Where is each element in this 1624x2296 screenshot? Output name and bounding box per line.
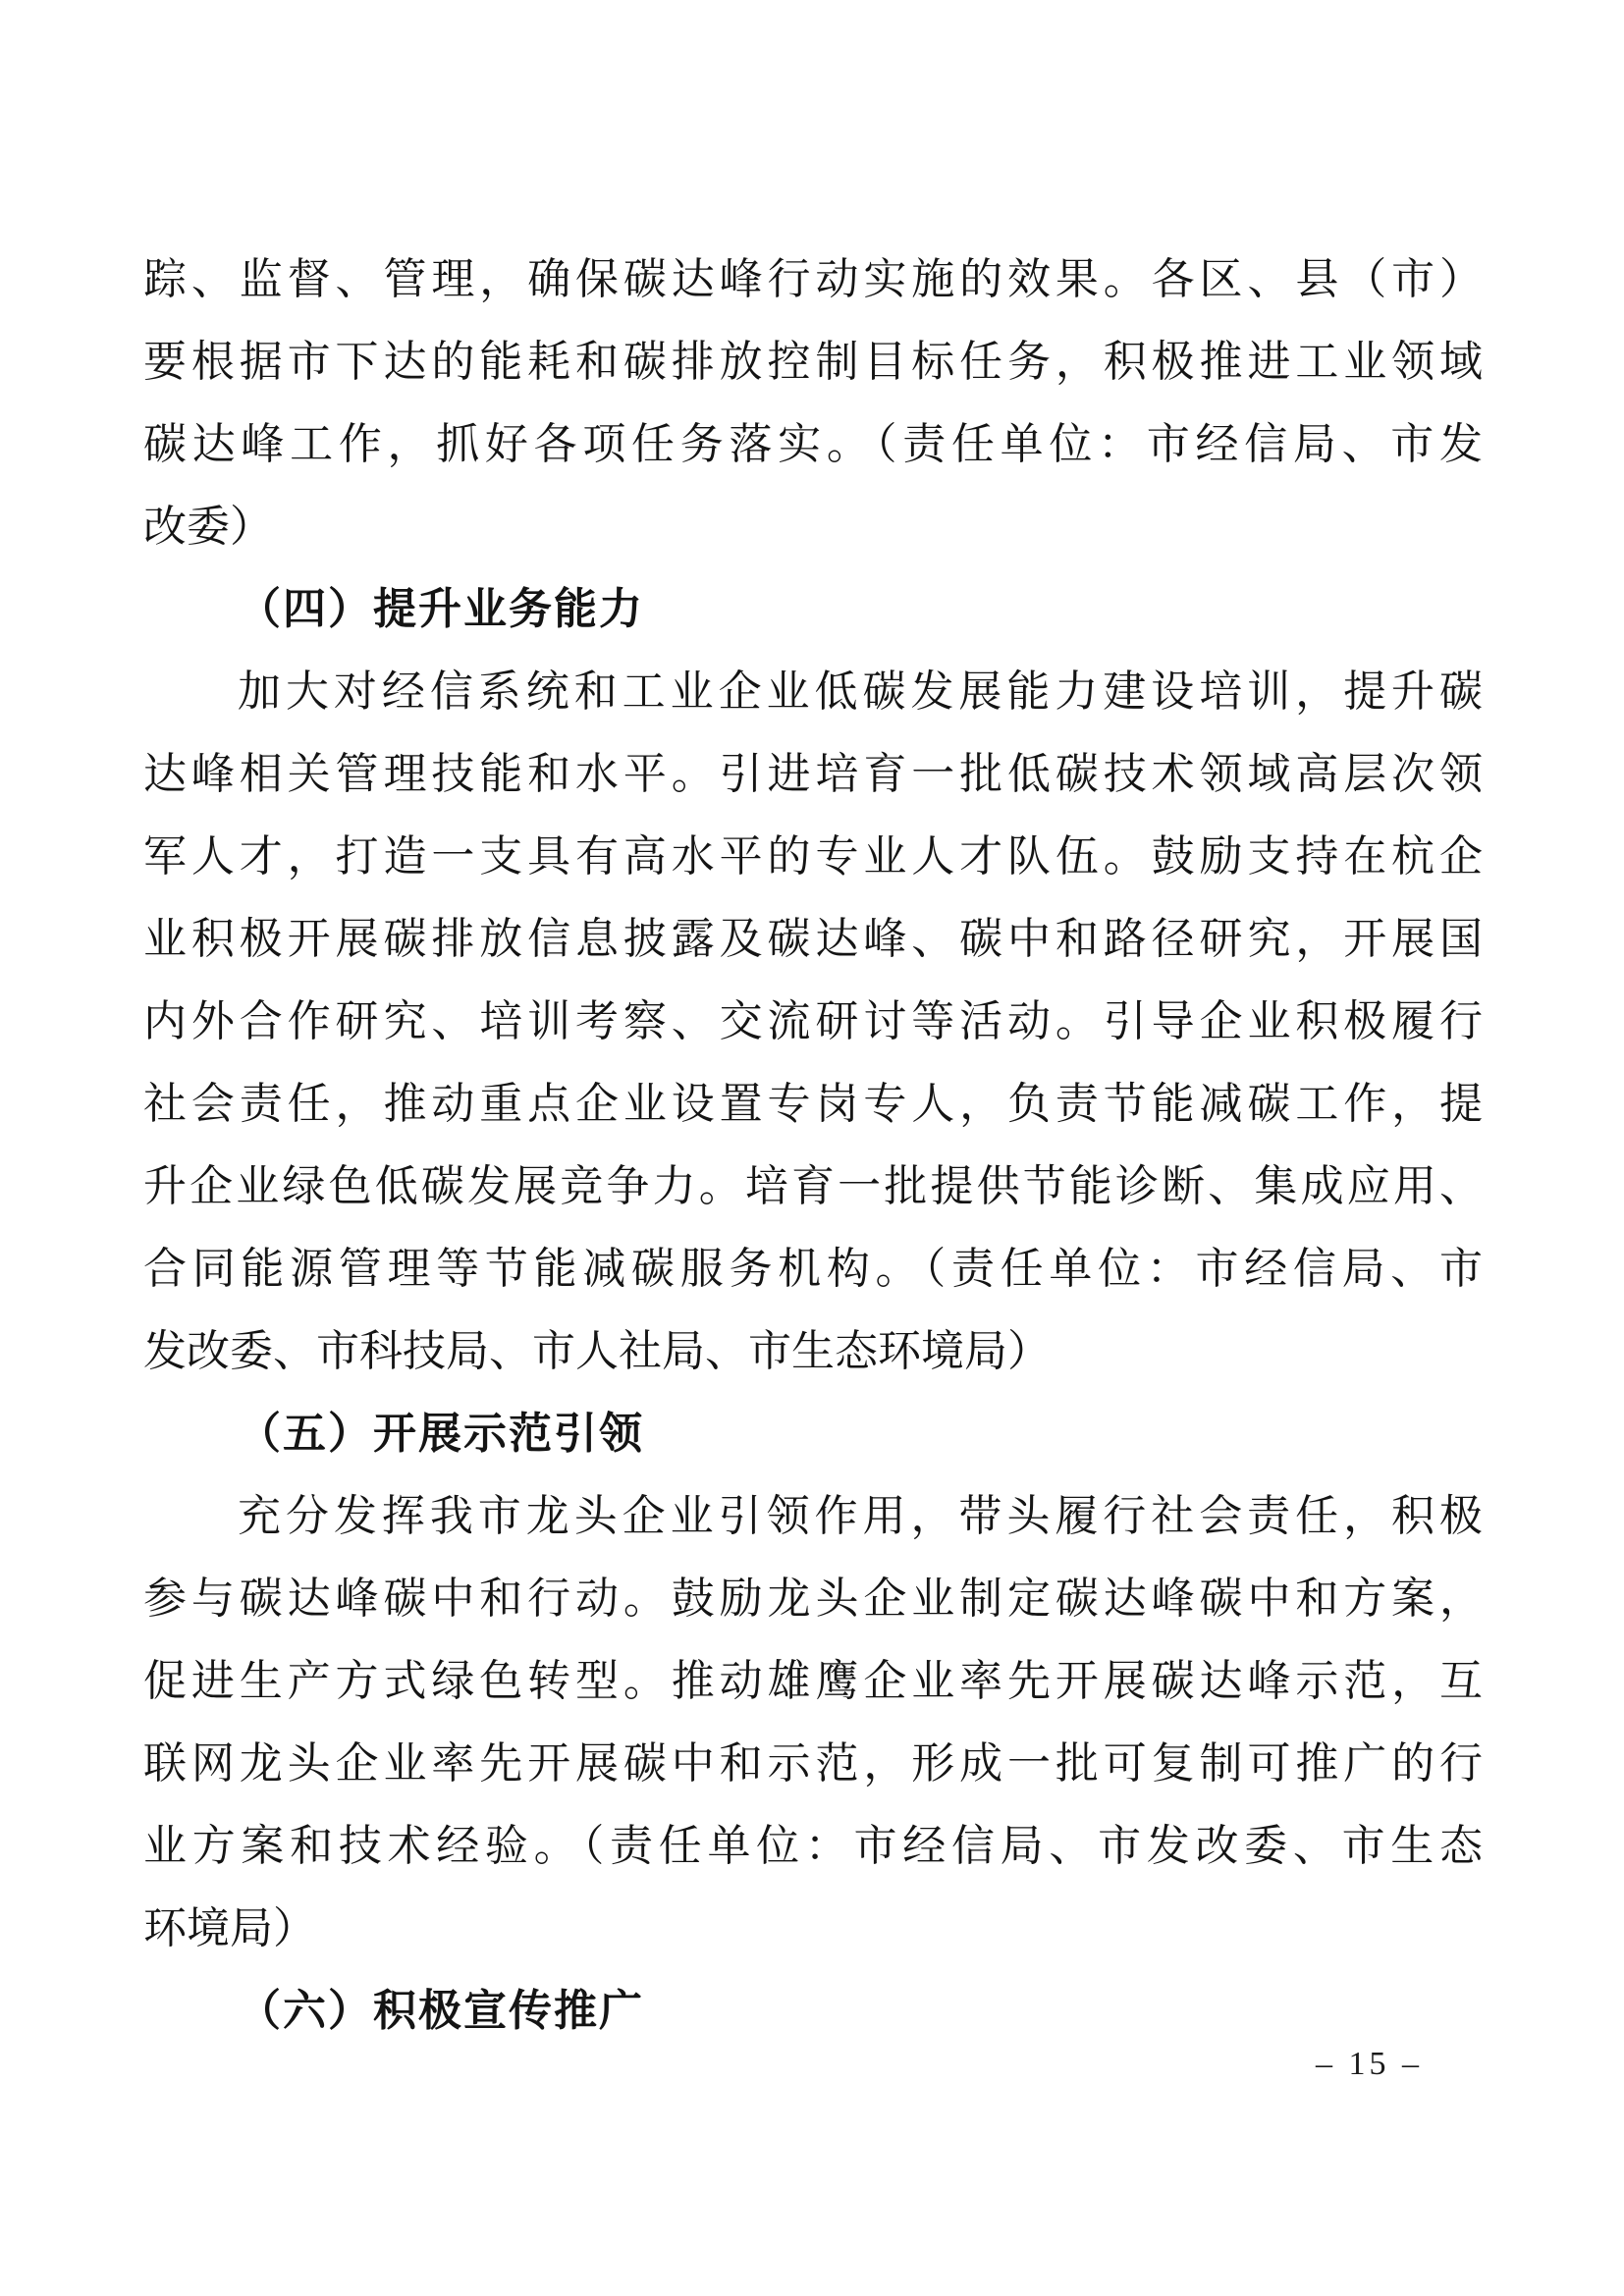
section-heading: （五）开展示范引领 <box>143 1393 1483 1475</box>
text-line: 充分发挥我市龙头企业引领作用，带头履行社会责任，积极 <box>143 1475 1483 1558</box>
text-line: 环境局） <box>143 1888 1483 1970</box>
text-line: 升企业绿色低碳发展竞争力。培育一批提供节能诊断、集成应用、 <box>143 1146 1483 1228</box>
text-line: 联网龙头企业率先开展碳中和示范，形成一批可复制可推广的行 <box>143 1723 1483 1805</box>
text-line: 达峰相关管理技能和水平。引进培育一批低碳技术领域高层次领 <box>143 733 1483 816</box>
section-heading: （六）积极宣传推广 <box>143 1970 1483 2053</box>
text-line: 改委） <box>143 486 1483 568</box>
text-line: 社会责任，推动重点企业设置专岗专人，负责节能减碳工作，提 <box>143 1063 1483 1146</box>
page-number: – 15 – <box>1316 2045 1423 2084</box>
section-heading: （四）提升业务能力 <box>143 568 1483 651</box>
text-line: 业积极开展碳排放信息披露及碳达峰、碳中和路径研究，开展国 <box>143 898 1483 981</box>
text-line: 发改委、市科技局、市人社局、市生态环境局） <box>143 1310 1483 1393</box>
text-line: 业方案和技术经验。（责任单位：市经信局、市发改委、市生态 <box>143 1805 1483 1888</box>
document-text-body: 踪、监督、管理，确保碳达峰行动实施的效果。各区、县（市）要根据市下达的能耗和碳排… <box>143 239 1483 2053</box>
text-line: 参与碳达峰碳中和行动。鼓励龙头企业制定碳达峰碳中和方案， <box>143 1558 1483 1640</box>
document-page: 踪、监督、管理，确保碳达峰行动实施的效果。各区、县（市）要根据市下达的能耗和碳排… <box>0 0 1624 2296</box>
text-line: 踪、监督、管理，确保碳达峰行动实施的效果。各区、县（市） <box>143 239 1483 321</box>
text-line: 合同能源管理等节能减碳服务机构。（责任单位：市经信局、市 <box>143 1228 1483 1310</box>
text-line: 加大对经信系统和工业企业低碳发展能力建设培训，提升碳 <box>143 651 1483 733</box>
text-line: 促进生产方式绿色转型。推动雄鹰企业率先开展碳达峰示范，互 <box>143 1640 1483 1723</box>
text-line: 军人才，打造一支具有高水平的专业人才队伍。鼓励支持在杭企 <box>143 816 1483 898</box>
text-line: 碳达峰工作，抓好各项任务落实。（责任单位：市经信局、市发 <box>143 403 1483 486</box>
text-line: 内外合作研究、培训考察、交流研讨等活动。引导企业积极履行 <box>143 981 1483 1063</box>
text-line: 要根据市下达的能耗和碳排放控制目标任务，积极推进工业领域 <box>143 321 1483 403</box>
